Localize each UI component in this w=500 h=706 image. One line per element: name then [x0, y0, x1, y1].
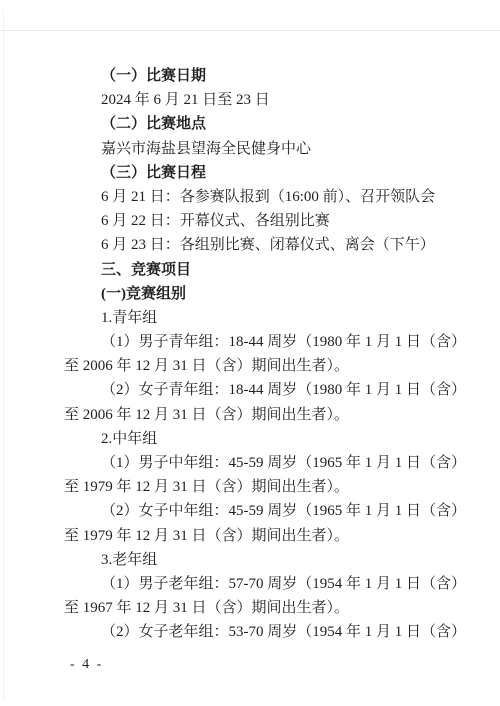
text-middle-age-group: 2.中年组 — [64, 427, 440, 451]
text-youth-men-line1: （1）男子青年组：18-44 周岁（1980 年 1 月 1 日（含） — [64, 330, 440, 354]
heading-competition-groups: (一)竞赛组别 — [64, 282, 440, 306]
page-number: - 4 - — [70, 656, 103, 674]
heading-competition-date: （一）比赛日期 — [64, 64, 440, 88]
text-schedule-june-21: 6 月 21 日：各参赛队报到（16:00 前）、召开领队会 — [64, 185, 440, 209]
text-youth-men-line2: 至 2006 年 12 月 31 日（含）期间出生者）。 — [64, 354, 440, 378]
text-youth-group: 1.青年组 — [64, 306, 440, 330]
heading-competition-venue: （二）比赛地点 — [64, 112, 440, 136]
text-senior-men-line2: 至 1967 年 12 月 31 日（含）期间出生者）。 — [64, 596, 440, 620]
heading-competition-events: 三、竞赛项目 — [64, 258, 440, 282]
text-schedule-june-22: 6 月 22 日：开幕仪式、各组别比赛 — [64, 209, 440, 233]
text-schedule-june-23: 6 月 23 日：各组别比赛、闭幕仪式、离会（下午） — [64, 233, 440, 257]
scan-line-top — [0, 30, 500, 31]
text-competition-venue: 嘉兴市海盐县望海全民健身中心 — [64, 137, 440, 161]
text-youth-women-line1: （2）女子青年组：18-44 周岁（1980 年 1 月 1 日（含） — [64, 378, 440, 402]
text-youth-women-line2: 至 2006 年 12 月 31 日（含）期间出生者）。 — [64, 403, 440, 427]
text-senior-men-line1: （1）男子老年组：57-70 周岁（1954 年 1 月 1 日（含） — [64, 572, 440, 596]
text-senior-women-line1: （2）女子老年组：53-70 周岁（1954 年 1 月 1 日（含） — [64, 620, 440, 644]
text-middle-women-line1: （2）女子中年组：45-59 周岁（1965 年 1 月 1 日（含） — [64, 499, 440, 523]
scan-edge-left — [3, 10, 4, 700]
document-content: （一）比赛日期 2024 年 6 月 21 日至 23 日 （二）比赛地点 嘉兴… — [64, 64, 440, 645]
text-senior-group: 3.老年组 — [64, 548, 440, 572]
text-competition-date: 2024 年 6 月 21 日至 23 日 — [64, 88, 440, 112]
text-middle-women-line2: 至 1979 年 12 月 31 日（含）期间出生者）。 — [64, 524, 440, 548]
text-middle-men-line2: 至 1979 年 12 月 31 日（含）期间出生者）。 — [64, 475, 440, 499]
text-middle-men-line1: （1）男子中年组：45-59 周岁（1965 年 1 月 1 日（含） — [64, 451, 440, 475]
heading-competition-schedule: （三）比赛日程 — [64, 161, 440, 185]
document-page: （一）比赛日期 2024 年 6 月 21 日至 23 日 （二）比赛地点 嘉兴… — [0, 0, 500, 706]
